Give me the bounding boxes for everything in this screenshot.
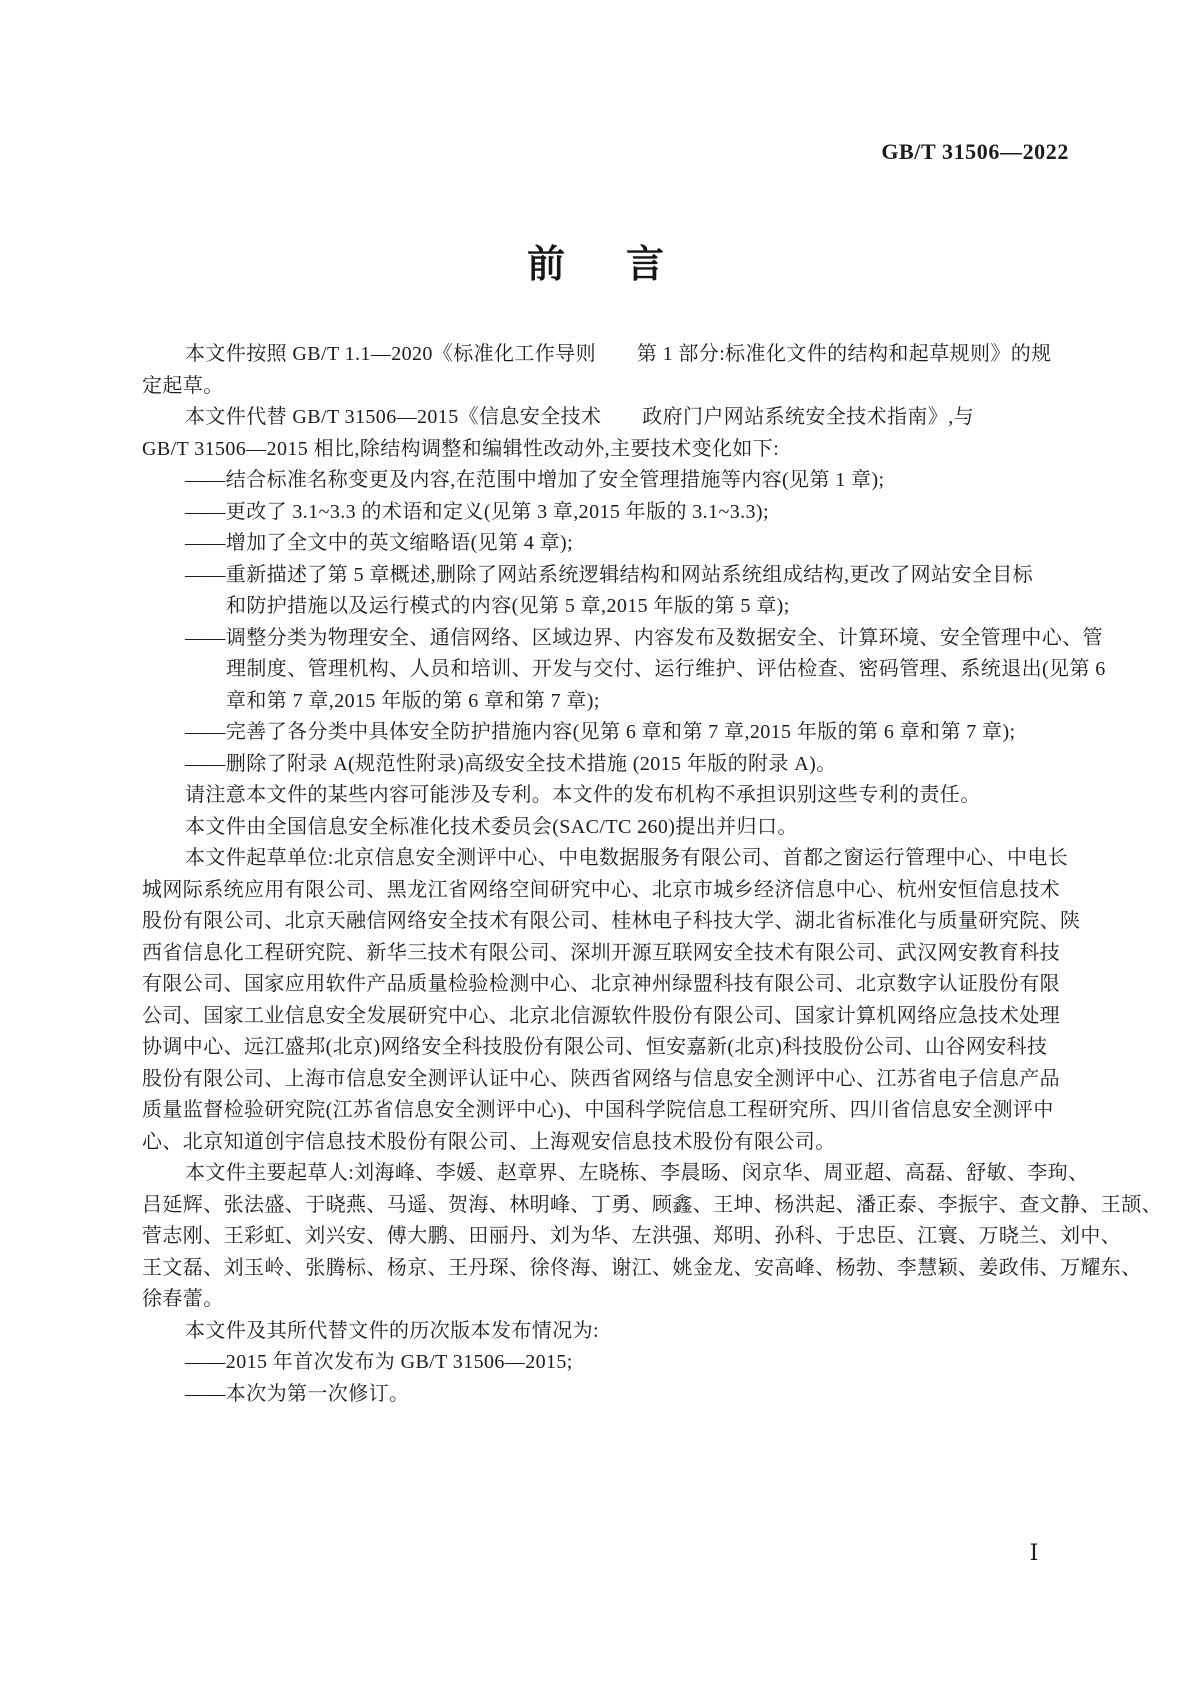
- text-line: 心、北京知道创宇信息技术股份有限公司、上海观安信息技术股份有限公司。: [142, 1127, 1067, 1159]
- text-line: 本文件及其所代替文件的历次版本发布情况为:: [142, 1316, 1067, 1348]
- standard-code: GB/T 31506—2022: [0, 139, 1069, 165]
- text-line: 王文磊、刘玉岭、张腾标、杨京、王丹琛、徐佟海、谢江、姚金龙、安高峰、杨勃、李慧颖…: [142, 1253, 1067, 1285]
- text-line: 理制度、管理机构、人员和培训、开发与交付、运行维护、评估检查、密码管理、系统退出…: [142, 654, 1067, 686]
- text-line: ——增加了全文中的英文缩略语(见第 4 章);: [142, 528, 1067, 560]
- text-line: 股份有限公司、上海市信息安全测评认证中心、陕西省网络与信息安全测评中心、江苏省电…: [142, 1064, 1067, 1096]
- text-line: ——本次为第一次修订。: [142, 1379, 1067, 1411]
- text-line: 本文件由全国信息安全标准化技术委员会(SAC/TC 260)提出并归口。: [142, 812, 1067, 844]
- text-line: 本文件主要起草人:刘海峰、李媛、赵章界、左晓栋、李晨旸、闵京华、周亚超、高磊、舒…: [142, 1158, 1067, 1190]
- text-line: ——重新描述了第 5 章概述,删除了网站系统逻辑结构和网站系统组成结构,更改了网…: [142, 560, 1067, 592]
- text-line: 有限公司、国家应用软件产品质量检验检测中心、北京神州绿盟科技有限公司、北京数字认…: [142, 969, 1067, 1001]
- text-line: 和防护措施以及运行模式的内容(见第 5 章,2015 年版的第 5 章);: [142, 591, 1067, 623]
- foreword-body: 本文件按照 GB/T 1.1—2020《标准化工作导则 第 1 部分:标准化文件…: [142, 339, 1067, 1410]
- text-line: 城网际系统应用有限公司、黑龙江省网络空间研究中心、北京市城乡经济信息中心、杭州安…: [142, 875, 1067, 907]
- text-line: 徐春蕾。: [142, 1284, 1067, 1316]
- text-line: ——完善了各分类中具体安全防护措施内容(见第 6 章和第 7 章,2015 年版…: [142, 717, 1067, 749]
- text-line: ——删除了附录 A(规范性附录)高级安全技术措施 (2015 年版的附录 A)。: [142, 749, 1067, 781]
- page-title: 前 言: [0, 233, 1191, 288]
- text-line: 公司、国家工业信息安全发展研究中心、北京北信源软件股份有限公司、国家计算机网络应…: [142, 1001, 1067, 1033]
- text-line: 请注意本文件的某些内容可能涉及专利。本文件的发布机构不承担识别这些专利的责任。: [142, 780, 1067, 812]
- text-line: 吕延辉、张法盛、于晓燕、马遥、贺海、林明峰、丁勇、顾鑫、王坤、杨洪起、潘正泰、李…: [142, 1190, 1067, 1222]
- text-line: 西省信息化工程研究院、新华三技术有限公司、深圳开源互联网安全技术有限公司、武汉网…: [142, 938, 1067, 970]
- title-char-first: 前: [527, 233, 565, 288]
- text-line: 章和第 7 章,2015 年版的第 6 章和第 7 章);: [142, 686, 1067, 718]
- text-line: 协调中心、远江盛邦(北京)网络安全科技股份有限公司、恒安嘉新(北京)科技股份公司…: [142, 1032, 1067, 1064]
- text-line: 本文件代替 GB/T 31506—2015《信息安全技术 政府门户网站系统安全技…: [142, 402, 1067, 434]
- text-line: 股份有限公司、北京天融信网络安全技术有限公司、桂林电子科技大学、湖北省标准化与质…: [142, 906, 1067, 938]
- text-line: 菅志刚、王彩虹、刘兴安、傅大鹏、田丽丹、刘为华、左洪强、郑明、孙科、于忠臣、江寰…: [142, 1221, 1067, 1253]
- text-line: ——结合标准名称变更及内容,在范围中增加了安全管理措施等内容(见第 1 章);: [142, 465, 1067, 497]
- text-line: GB/T 31506—2015 相比,除结构调整和编辑性改动外,主要技术变化如下…: [142, 434, 1067, 466]
- text-line: ——调整分类为物理安全、通信网络、区域边界、内容发布及数据安全、计算环境、安全管…: [142, 623, 1067, 655]
- text-line: 定起草。: [142, 371, 1067, 403]
- text-line: 本文件起草单位:北京信息安全测评中心、中电数据服务有限公司、首都之窗运行管理中心…: [142, 843, 1067, 875]
- text-line: 质量监督检验研究院(江苏省信息安全测评中心)、中国科学院信息工程研究所、四川省信…: [142, 1095, 1067, 1127]
- title-char-second: 言: [626, 233, 664, 288]
- document-page: GB/T 31506—2022 前 言 本文件按照 GB/T 1.1—2020《…: [0, 0, 1191, 1684]
- text-line: ——更改了 3.1~3.3 的术语和定义(见第 3 章,2015 年版的 3.1…: [142, 497, 1067, 529]
- text-line: 本文件按照 GB/T 1.1—2020《标准化工作导则 第 1 部分:标准化文件…: [142, 339, 1067, 371]
- page-number: Ⅰ: [1014, 1540, 1054, 1566]
- text-line: ——2015 年首次发布为 GB/T 31506—2015;: [142, 1347, 1067, 1379]
